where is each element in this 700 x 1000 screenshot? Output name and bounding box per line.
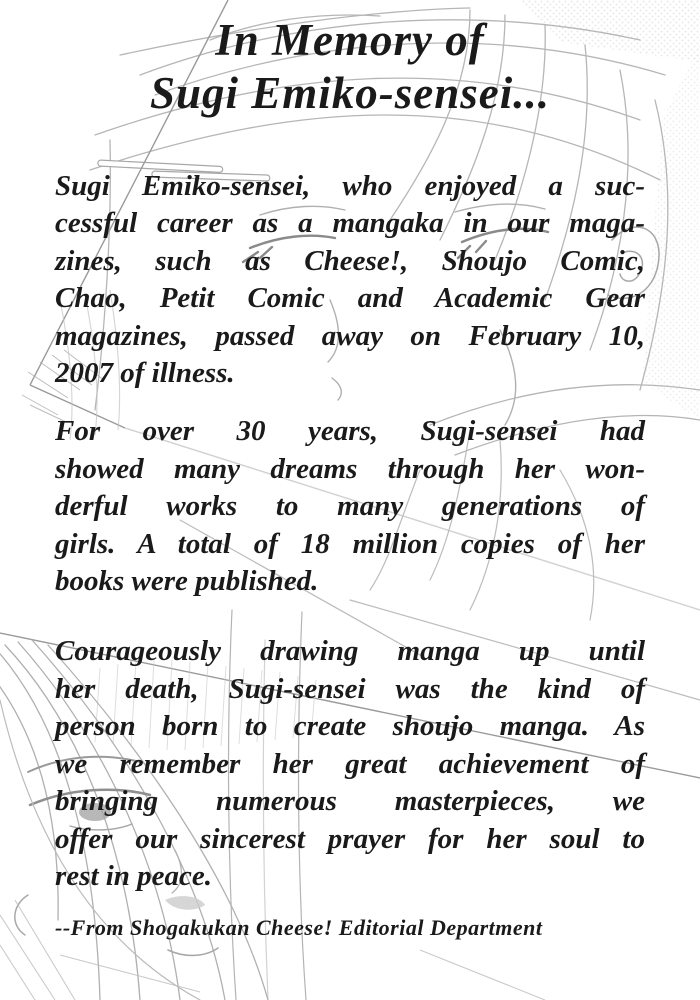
text-line: person born to create shoujo manga. As [55, 708, 645, 745]
text-line: books were published. [55, 563, 645, 600]
text-line: her death, Sugi-sensei was the kind of [55, 671, 645, 708]
text-line: zines, such as Cheese!, Shoujo Comic, [55, 243, 645, 280]
title-line-1: In Memory of [55, 14, 645, 67]
text-line: For over 30 years, Sugi-sensei had [55, 413, 645, 450]
text-line: Courageously drawing manga up until [55, 633, 645, 670]
memorial-text: In Memory of Sugi Emiko-sensei... Sugi E… [0, 0, 700, 941]
text-line: 2007 of illness. [55, 355, 645, 392]
text-line: we remember her great achievement of [55, 746, 645, 783]
paragraph-career: For over 30 years, Sugi-sensei had showe… [55, 413, 645, 600]
credit-line: --From Shogakukan Cheese! Editorial Depa… [55, 915, 645, 941]
text-line: derful works to many generations of [55, 488, 645, 525]
title-line-2: Sugi Emiko-sensei... [55, 67, 645, 120]
text-line: girls. A total of 18 million copies of h… [55, 526, 645, 563]
text-line: rest in peace. [55, 858, 645, 895]
text-line: showed many dreams through her won- [55, 451, 645, 488]
manga-memorial-page: In Memory of Sugi Emiko-sensei... Sugi E… [0, 0, 700, 1000]
text-line: magazines, passed away on February 10, [55, 318, 645, 355]
paragraph-obituary: Sugi Emiko-sensei, who enjoyed a suc- ce… [55, 168, 645, 392]
page-title: In Memory of Sugi Emiko-sensei... [55, 14, 645, 120]
text-line: offer our sincerest prayer for her soul … [55, 821, 645, 858]
paragraph-tribute: Courageously drawing manga up until her … [55, 633, 645, 895]
text-line: Chao, Petit Comic and Academic Gear [55, 280, 645, 317]
text-line: bringing numerous masterpieces, we [55, 783, 645, 820]
text-line: cessful career as a mangaka in our maga- [55, 205, 645, 242]
text-line: Sugi Emiko-sensei, who enjoyed a suc- [55, 168, 645, 205]
